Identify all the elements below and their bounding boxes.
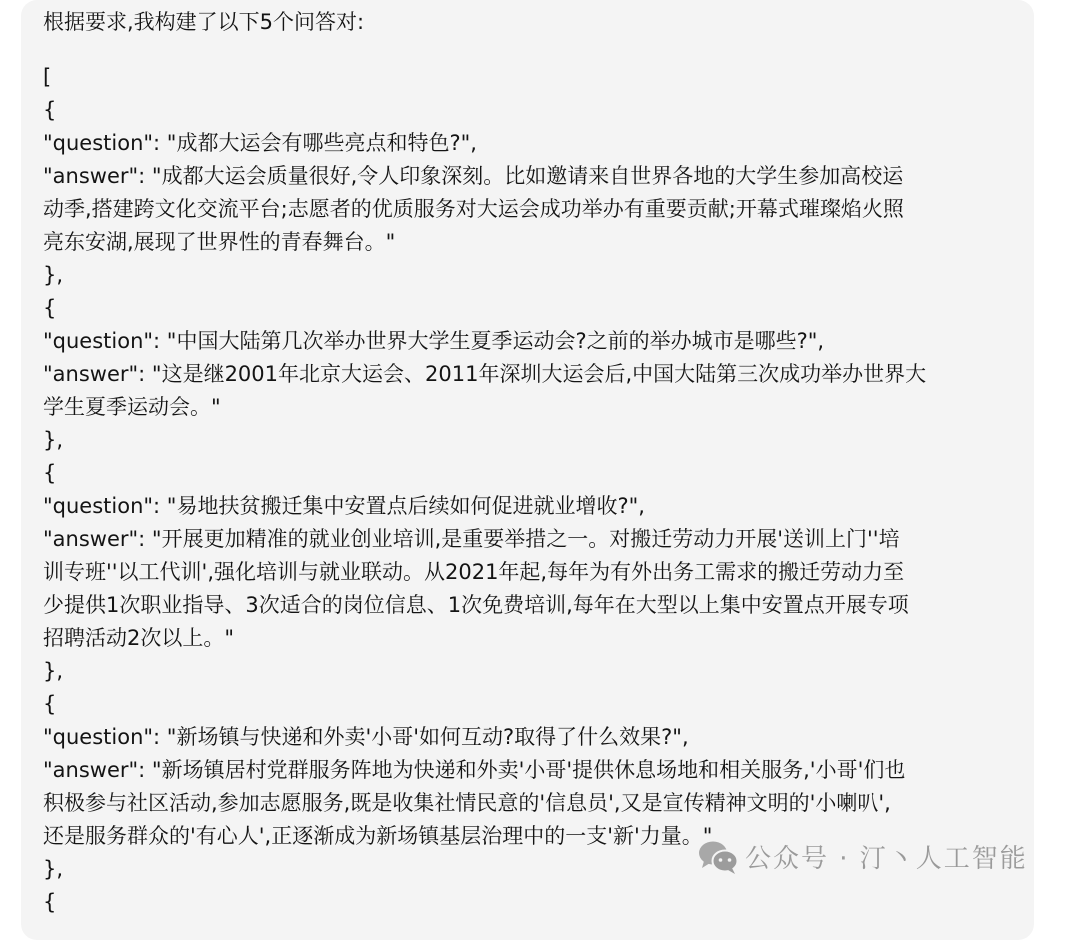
qa-open-brace: {	[43, 688, 1023, 721]
qa-answer-line: "answer": "开展更加精准的就业创业培训,是重要举措之一。对搬迁劳动力开…	[43, 523, 1023, 556]
qa-answer-line: 训专班''以工代训',强化培训与就业联动。从2021年起,每年为有外出务工需求的…	[43, 556, 1023, 589]
qa-answer-line: "answer": "这是继2001年北京大运会、2011年深圳大运会后,中国大…	[43, 358, 1023, 391]
qa-close-brace: },	[43, 424, 1023, 457]
watermark: 公众号 · 汀丶人工智能	[697, 838, 1028, 875]
message-content: 根据要求,我构建了以下5个问答对: [ { "question": "成都大运会…	[43, 6, 1023, 898]
wechat-icon	[697, 839, 741, 875]
qa-answer-line: 招聘活动2次以上。"	[43, 622, 1023, 655]
qa-open-brace: {	[43, 292, 1023, 325]
qa-open-brace: {	[43, 94, 1023, 127]
qa-open-brace-partial: {	[43, 886, 1023, 898]
intro-text: 根据要求,我构建了以下5个问答对:	[43, 6, 1023, 39]
qa-question: "question": "新场镇与快递和外卖'小哥'如何互动?取得了什么效果?"…	[43, 721, 1023, 754]
qa-pair: { "question": "易地扶贫搬迁集中安置点后续如何促进就业增收?", …	[43, 457, 1023, 688]
qa-answer-line: 亮东安湖,展现了世界性的青春舞台。"	[43, 226, 1023, 259]
qa-question: "question": "中国大陆第几次举办世界大学生夏季运动会?之前的举办城市…	[43, 325, 1023, 358]
qa-pair: { "question": "中国大陆第几次举办世界大学生夏季运动会?之前的举办…	[43, 292, 1023, 457]
qa-answer-line: 少提供1次职业指导、3次适合的岗位信息、1次免费培训,每年在大型以上集中安置点开…	[43, 589, 1023, 622]
qa-answer-line: 动季,搭建跨文化交流平台;志愿者的优质服务对大运会成功举办有重要贡献;开幕式璀璨…	[43, 193, 1023, 226]
watermark-text: 公众号 · 汀丶人工智能	[745, 838, 1028, 875]
qa-close-brace: },	[43, 655, 1023, 688]
qa-pair: { "question": "成都大运会有哪些亮点和特色?", "answer"…	[43, 94, 1023, 292]
qa-question: "question": "成都大运会有哪些亮点和特色?",	[43, 127, 1023, 160]
qa-answer-line: 积极参与社区活动,参加志愿服务,既是收集社情民意的'信息员',又是宣传精神文明的…	[43, 787, 1023, 820]
blank-line	[43, 39, 1023, 61]
qa-answer-line: "answer": "新场镇居村党群服务阵地为快递和外卖'小哥'提供休息场地和相…	[43, 754, 1023, 787]
chat-message-bubble: 根据要求,我构建了以下5个问答对: [ { "question": "成都大运会…	[21, 0, 1034, 898]
qa-answer-line: "answer": "成都大运会质量很好,令人印象深刻。比如邀请来自世界各地的大…	[43, 160, 1023, 193]
qa-close-brace: },	[43, 259, 1023, 292]
qa-answer-line: 学生夏季运动会。"	[43, 391, 1023, 424]
json-open-bracket: [	[43, 61, 1023, 94]
qa-question: "question": "易地扶贫搬迁集中安置点后续如何促进就业增收?",	[43, 490, 1023, 523]
qa-open-brace: {	[43, 457, 1023, 490]
